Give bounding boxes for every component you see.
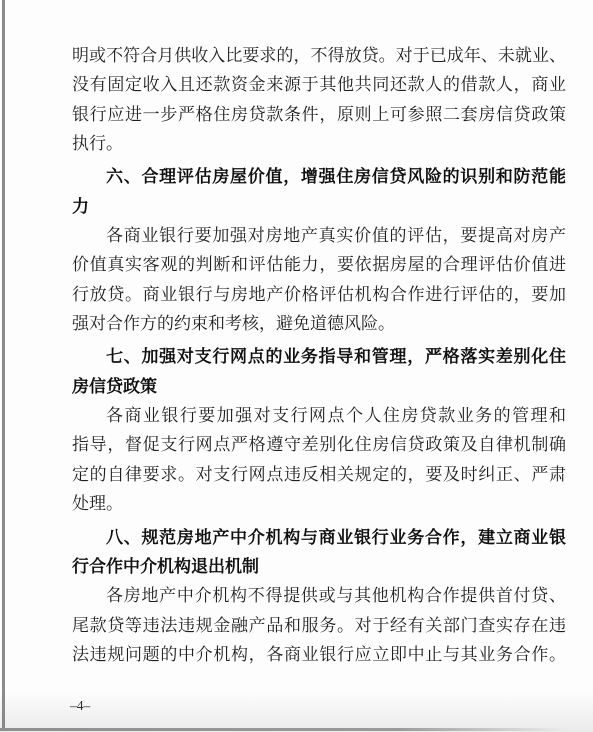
body-line: 法违规问题的中介机构，各商业银行应立即中止与其业务合作。	[72, 640, 566, 669]
section-heading-line: 六、合理评估房屋价值，增强住房信贷风险的识别和防范能	[72, 162, 566, 191]
section-heading-line: 行合作中介机构退出机制	[72, 552, 566, 581]
scan-edge-left	[2, 0, 5, 729]
section-heading-line: 七、加强对支行网点的业务指导和管理，严格落实差别化住	[72, 342, 566, 371]
body-line: 明或不符合月供收入比要求的，不得放贷。对于已成年、未就业、	[72, 41, 566, 70]
body-line: 处理。	[72, 489, 566, 518]
body-line: 执行。	[72, 129, 566, 158]
body-line: 银行应进一步严格住房贷款条件，原则上可参照二套房信贷政策	[72, 100, 566, 129]
body-line: 价值真实客观的判断和评估能力，要依据房屋的合理评估价值进	[72, 250, 566, 279]
section-heading-line: 房信贷政策	[72, 372, 566, 401]
body-line: 强对合作方的约束和考核，避免道德风险。	[72, 309, 566, 338]
page-number: –4–	[70, 698, 90, 714]
section-heading-line: 八、规范房地产中介机构与商业银行业务合作，建立商业银	[72, 523, 566, 552]
body-line: 各商业银行要加强对支行网点个人住房贷款业务的管理和	[72, 401, 566, 430]
body-line: 尾款贷等违法违规金融产品和服务。对于经有关部门查实存在违	[72, 611, 566, 640]
scan-edge-bottom	[0, 728, 565, 731]
body-line: 定的自律要求。对支行网点违反相关规定的，要及时纠正、严肃	[72, 460, 566, 489]
body-line: 各房地产中介机构不得提供或与其他机构合作提供首付贷、	[72, 581, 566, 610]
document-page: 明或不符合月供收入比要求的，不得放贷。对于已成年、未就业、 没有固定收入且还款资…	[0, 0, 593, 732]
body-line: 没有固定收入且还款资金来源于其他共同还款人的借款人，商业	[72, 70, 566, 99]
body-line: 行放贷。商业银行与房地产价格评估机构合作进行评估的，要加	[72, 280, 566, 309]
document-text-block: 明或不符合月供收入比要求的，不得放贷。对于已成年、未就业、 没有固定收入且还款资…	[72, 41, 566, 669]
body-line: 指导，督促支行网点严格遵守差别化住房信贷政策及自律机制确	[72, 430, 566, 459]
section-heading-line: 力	[72, 192, 566, 221]
body-line: 各商业银行要加强对房地产真实价值的评估，要提高对房产	[72, 221, 566, 250]
